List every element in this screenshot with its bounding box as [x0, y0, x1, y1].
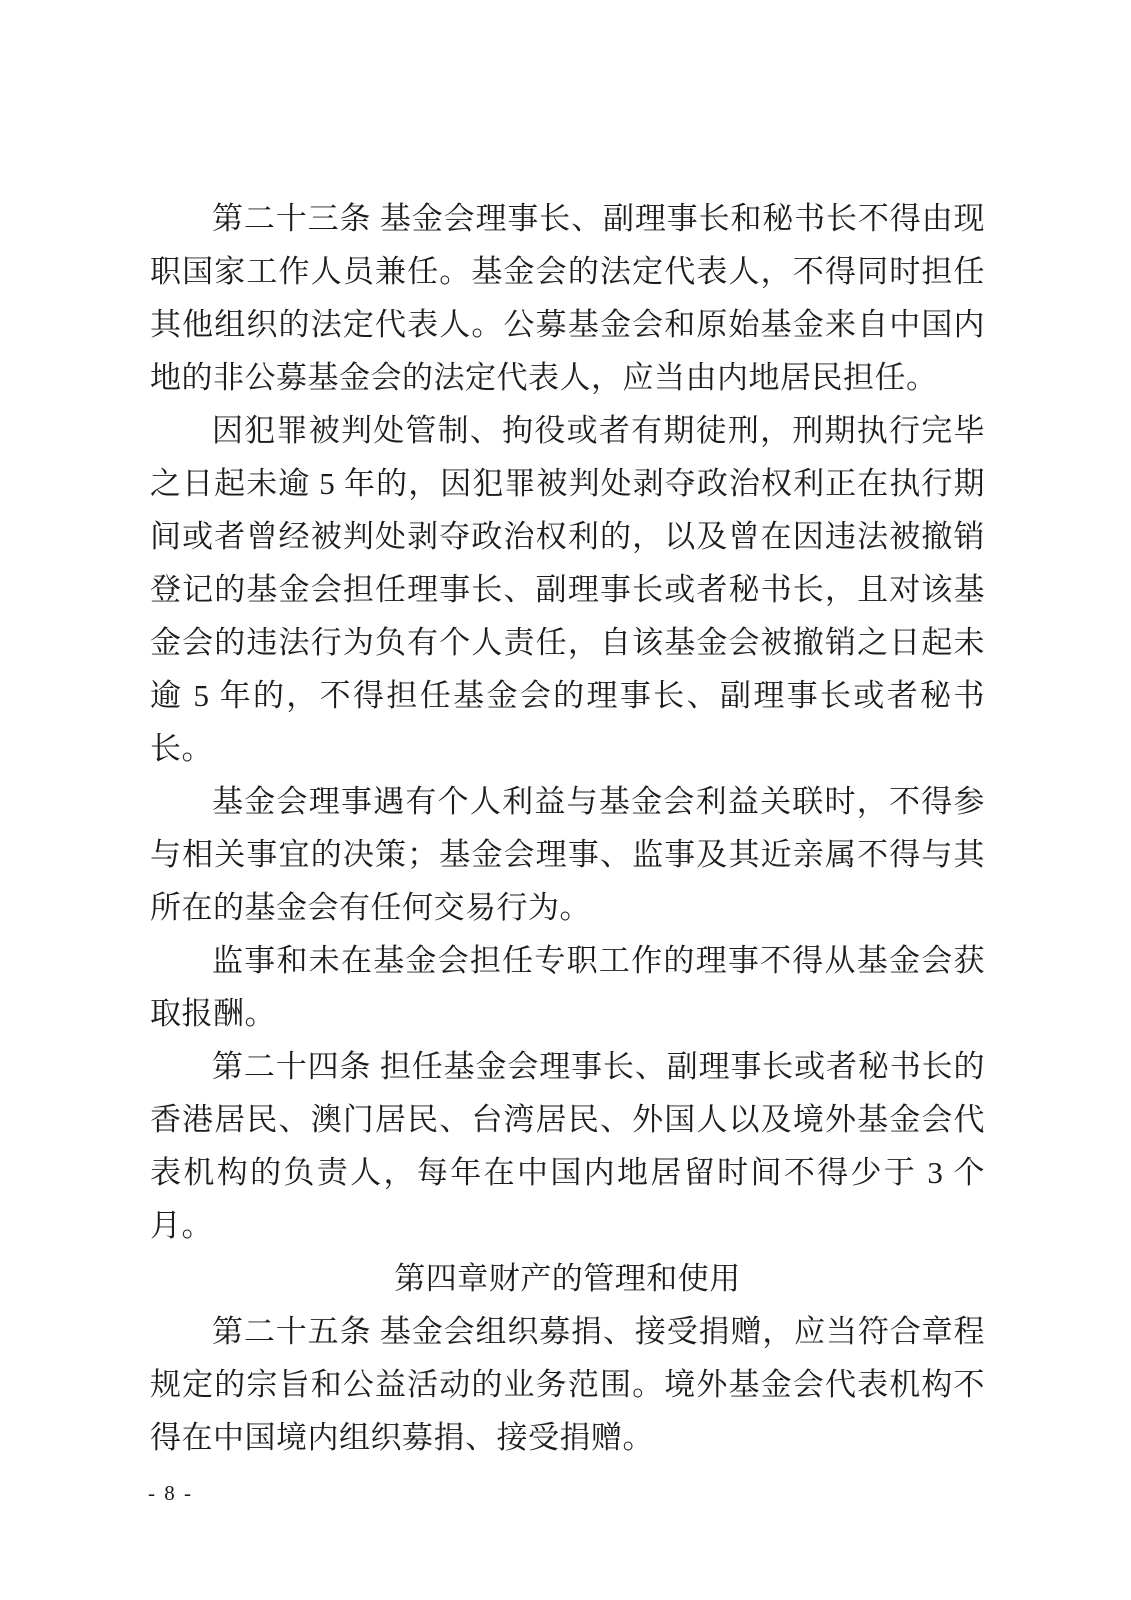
paragraph-article-25: 第二十五条 基金会组织募捐、接受捐赠，应当符合章程规定的宗旨和公益活动的业务范围…	[150, 1305, 985, 1464]
document-text-block: 第二十三条 基金会理事长、副理事长和秘书长不得由现职国家工作人员兼任。基金会的法…	[150, 192, 985, 1464]
document-page: { "document": { "language": "zh-CN", "ba…	[0, 0, 1131, 1600]
paragraph-conflict-of-interest: 基金会理事遇有个人利益与基金会利益关联时，不得参与相关事宜的决策；基金会理事、监…	[150, 775, 985, 934]
paragraph-article-24: 第二十四条 担任基金会理事长、副理事长或者秘书长的香港居民、澳门居民、台湾居民、…	[150, 1040, 985, 1252]
page-number: - 8 -	[148, 1480, 193, 1506]
paragraph-supervisor-compensation: 监事和未在基金会担任专职工作的理事不得从基金会获取报酬。	[150, 934, 985, 1040]
paragraph-criminal-record-restrictions: 因犯罪被判处管制、拘役或者有期徒刑，刑期执行完毕之日起未逾 5 年的，因犯罪被判…	[150, 404, 985, 775]
paragraph-article-23: 第二十三条 基金会理事长、副理事长和秘书长不得由现职国家工作人员兼任。基金会的法…	[150, 192, 985, 404]
chapter-4-heading: 第四章财产的管理和使用	[150, 1252, 985, 1305]
